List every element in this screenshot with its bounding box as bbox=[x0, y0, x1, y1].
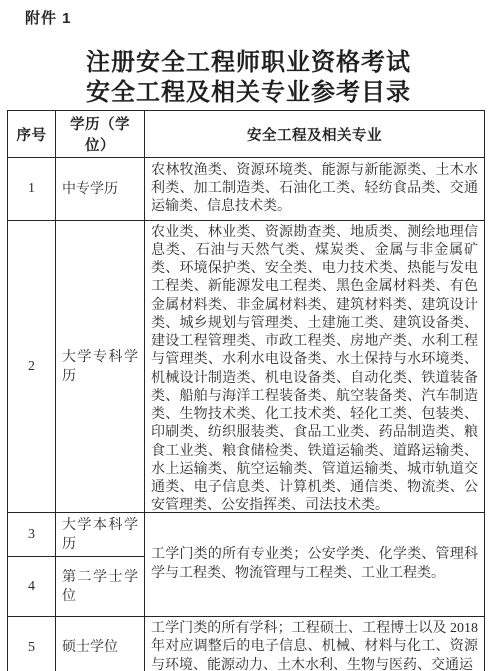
row5-majors: 工学门类的所有学科；工程硕士、工程博士以及 2018 年对应调整后的电子信息、机… bbox=[145, 617, 485, 671]
table-row: 2 大学专科学历 农业类、林业类、资源勘查类、地质类、测绘地理信息类、石油与天然… bbox=[8, 221, 485, 513]
document-page: 附件 1 注册安全工程师职业资格考试 安全工程及相关专业参考目录 序号 学历（学… bbox=[0, 0, 497, 671]
row1-no: 1 bbox=[8, 158, 56, 221]
row3-row4-majors-text: 工学门类的所有专业类；公安学类、化学类、管理科学与工程类、物流管理与工程类、工业… bbox=[151, 546, 478, 583]
row3-degree: 大学本科学历 bbox=[56, 513, 145, 557]
table-row: 1 中专学历 农林牧渔类、资源环境类、能源与新能源类、土木水利类、加工制造类、石… bbox=[8, 158, 485, 221]
row5-degree: 硕士学位 bbox=[56, 617, 145, 671]
row3-no: 3 bbox=[8, 513, 56, 557]
row2-no: 2 bbox=[8, 221, 56, 513]
header-cell-degree: 学历（学位） bbox=[56, 111, 145, 158]
row4-no: 4 bbox=[8, 557, 56, 617]
table-row: 3 大学本科学历 工学门类的所有专业类；公安学类、化学类、管理科学与工程类、物流… bbox=[8, 513, 485, 557]
attachment-label: 附件 1 bbox=[25, 7, 72, 28]
header-cell-no: 序号 bbox=[8, 111, 56, 158]
table-row: 5 硕士学位 工学门类的所有学科；工程硕士、工程博士以及 2018 年对应调整后… bbox=[8, 617, 485, 671]
row3-row4-merged-majors: 工学门类的所有专业类；公安学类、化学类、管理科学与工程类、物流管理与工程类、工业… bbox=[145, 513, 485, 617]
row5-majors-text: 工学门类的所有学科；工程硕士、工程博士以及 2018 年对应调整后的电子信息、机… bbox=[151, 620, 478, 671]
row2-majors: 农业类、林业类、资源勘查类、地质类、测绘地理信息类、石油与天然气类、煤炭类、金属… bbox=[145, 221, 485, 513]
row5-no: 5 bbox=[8, 617, 56, 671]
row4-degree: 第二学士学位 bbox=[56, 557, 145, 617]
header-cell-majors: 安全工程及相关专业 bbox=[145, 111, 485, 158]
page-title-line2: 安全工程及相关专业参考目录 bbox=[0, 78, 497, 108]
row1-degree: 中专学历 bbox=[56, 158, 145, 221]
row2-degree: 大学专科学历 bbox=[56, 221, 145, 513]
row1-majors: 农林牧渔类、资源环境类、能源与新能源类、土木水利类、加工制造类、石油化工类、轻纺… bbox=[145, 158, 485, 221]
row2-majors-text: 农业类、林业类、资源勘查类、地质类、测绘地理信息类、石油与天然气类、煤炭类、金属… bbox=[151, 224, 478, 510]
page-title-line1: 注册安全工程师职业资格考试 bbox=[0, 48, 497, 78]
page-title: 注册安全工程师职业资格考试 安全工程及相关专业参考目录 bbox=[0, 48, 497, 108]
row1-majors-text: 农林牧渔类、资源环境类、能源与新能源类、土木水利类、加工制造类、石油化工类、轻纺… bbox=[151, 162, 478, 217]
majors-reference-table: 序号 学历（学位） 安全工程及相关专业 1 中专学历 农林牧渔类、资源环境类、能… bbox=[7, 110, 485, 671]
table-header-row: 序号 学历（学位） 安全工程及相关专业 bbox=[8, 111, 485, 158]
